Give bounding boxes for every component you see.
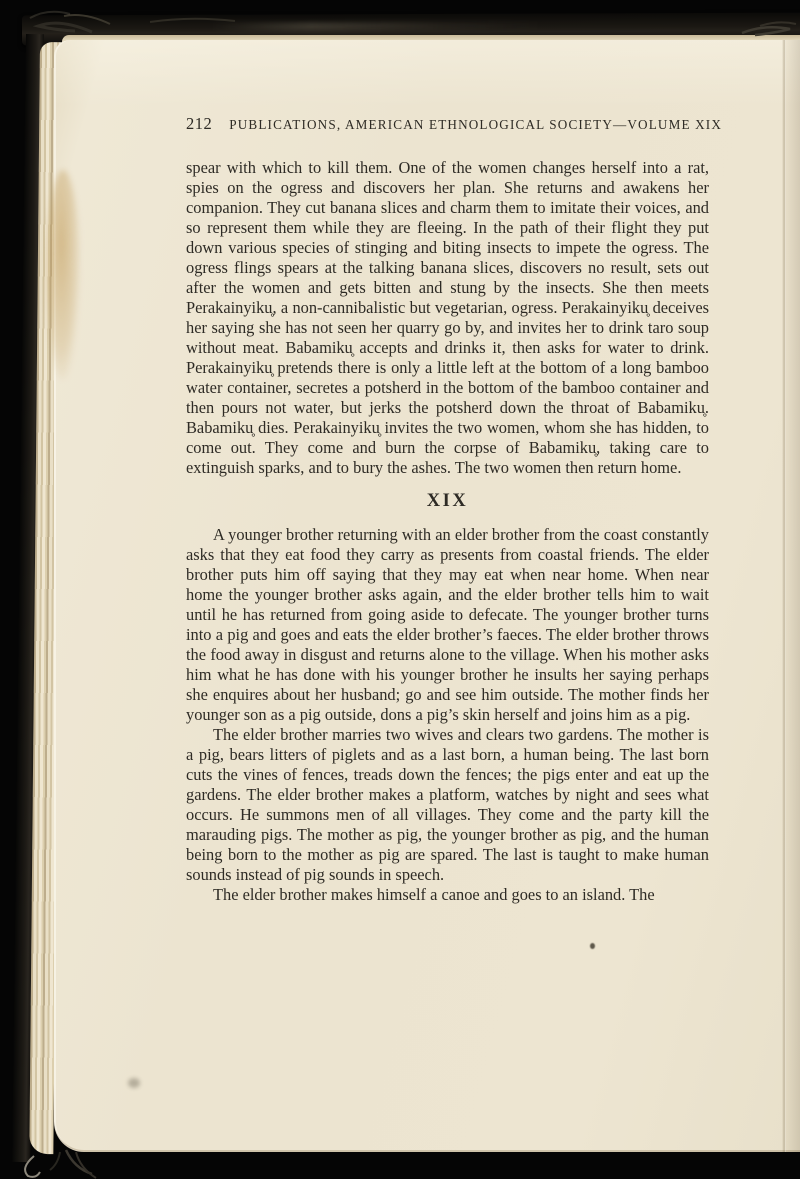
body-text: spear with which to kill them. One of th… (186, 158, 709, 905)
smudge-mark (128, 1078, 140, 1088)
page-number: 212 (186, 114, 212, 134)
page-stain (46, 170, 80, 380)
cover-sheen (212, 22, 542, 31)
book-page: 212 PUBLICATIONS, AMERICAN ETHNOLOGICAL … (54, 40, 800, 1152)
paragraph: The elder brother marries two wives and … (186, 725, 709, 885)
book-photo: 212 PUBLICATIONS, AMERICAN ETHNOLOGICAL … (0, 0, 800, 1179)
section-heading: XIX (186, 491, 709, 512)
running-title: PUBLICATIONS, AMERICAN ETHNOLOGICAL SOCI… (229, 117, 722, 133)
ink-speck (590, 943, 595, 949)
paragraph: The elder brother makes himself a canoe … (186, 885, 709, 905)
paragraph: A younger brother returning with an elde… (186, 525, 709, 725)
page-right-shade (786, 40, 800, 1152)
paragraph-continuation: spear with which to kill them. One of th… (186, 158, 709, 478)
running-head: 212 PUBLICATIONS, AMERICAN ETHNOLOGICAL … (186, 114, 709, 134)
page-content: 212 PUBLICATIONS, AMERICAN ETHNOLOGICAL … (186, 114, 709, 905)
